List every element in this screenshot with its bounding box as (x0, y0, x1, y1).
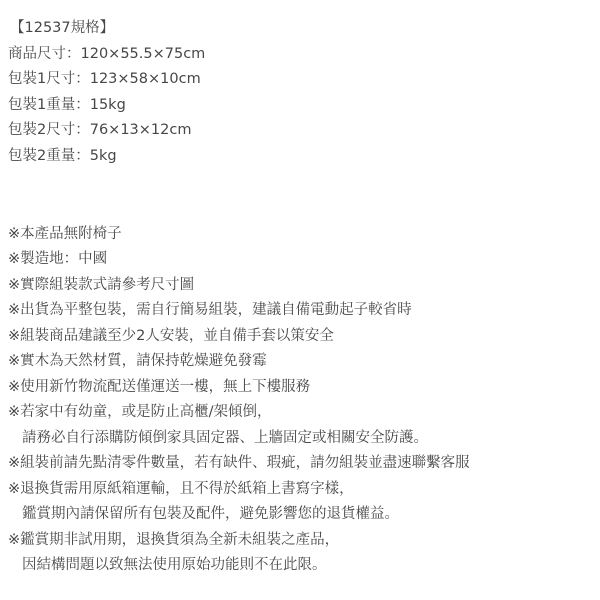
note-two-person-install: ※組裝商品建議至少2人安裝，並自備手套以策安全 (8, 324, 598, 350)
note-check-parts: ※組裝前請先點清零件數量，若有缺件、瑕疵，請勿組裝並盡速聯繫客服 (8, 451, 598, 477)
note-child-safety: ※若家中有幼童，或是防止高櫃/架傾倒， (8, 400, 598, 426)
product-spec-document: 【12537規格】 商品尺寸：120×55.5×75cm 包裝1尺寸：123×5… (8, 16, 598, 579)
spec-row-package1-weight: 包裝1重量：15kg (8, 93, 598, 119)
spec-title: 【12537規格】 (8, 16, 598, 42)
note-origin: ※製造地：中國 (8, 247, 598, 273)
spec-row-package2-weight: 包裝2重量：5kg (8, 144, 598, 170)
note-return-box-cont: 鑑賞期內請保留所有包裝及配件，避免影響您的退貨權益。 (8, 502, 598, 528)
notes-block: ※本產品無附椅子 ※製造地：中國 ※實際組裝款式請參考尺寸圖 ※出貨為平整包裝，… (8, 222, 598, 579)
note-return-box: ※退換貨需用原紙箱運輸，且不得於紙箱上書寫字樣， (8, 477, 598, 503)
spec-row-package1-size: 包裝1尺寸：123×58×10cm (8, 67, 598, 93)
note-flat-pack: ※出貨為平整包裝，需自行簡易組裝，建議自備電動起子較省時 (8, 298, 598, 324)
section-spacer (8, 170, 598, 222)
note-child-safety-cont: 請務必自行添購防傾倒家具固定器、上牆固定或相關安全防護。 (8, 426, 598, 452)
spec-block: 【12537規格】 商品尺寸：120×55.5×75cm 包裝1尺寸：123×5… (8, 16, 598, 170)
note-solid-wood: ※實木為天然材質，請保持乾燥避免發霉 (8, 349, 598, 375)
note-appraisal-period-cont: 因結構問題以致無法使用原始功能則不在此限。 (8, 553, 598, 579)
note-assembly-style: ※實際組裝款式請參考尺寸圖 (8, 273, 598, 299)
spec-row-product-size: 商品尺寸：120×55.5×75cm (8, 42, 598, 68)
note-no-chair: ※本產品無附椅子 (8, 222, 598, 248)
note-appraisal-period: ※鑑賞期非試用期，退換貨須為全新未組裝之產品， (8, 528, 598, 554)
spec-row-package2-size: 包裝2尺寸：76×13×12cm (8, 118, 598, 144)
note-delivery: ※使用新竹物流配送僅運送一樓，無上下樓服務 (8, 375, 598, 401)
